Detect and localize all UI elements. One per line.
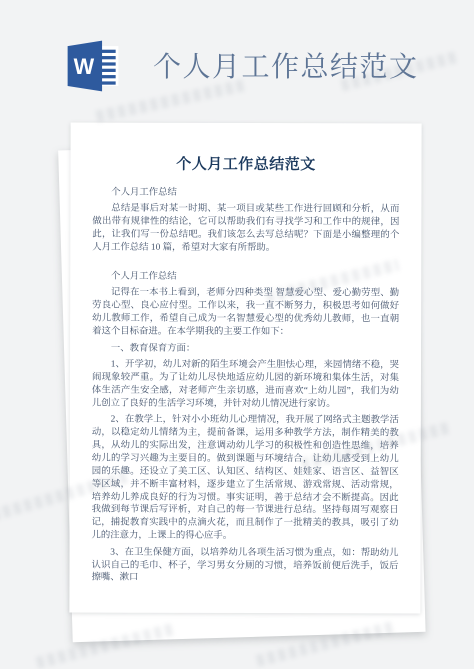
- template-title: 个人月工作总结范文: [153, 50, 419, 84]
- header: W 个人月工作总结范文: [0, 0, 474, 110]
- paragraph: 3、在卫生保健方面，以培养幼儿各项生活习惯为重点，如：帮助幼儿认识自己的毛巾、杯…: [91, 546, 398, 586]
- document-page: 个人月工作总结范文 个人月工作总结 总结是事后对某一时期、某一项目或某些工作进行…: [69, 123, 421, 614]
- paragraph: 总结是事后对某一时期、某一项目或某些工作进行回顾和分析，从而做出带有规律性的结论…: [92, 203, 399, 255]
- document-title: 个人月工作总结范文: [93, 155, 400, 175]
- document-body: 个人月工作总结 总结是事后对某一时期、某一项目或某些工作进行回顾和分析，从而做出…: [91, 187, 399, 586]
- paragraph: 2、在教学上，针对小小班幼儿心理情况，我开展了网络式主题教学活动，以稳定幼儿情绪…: [92, 414, 399, 544]
- word-document-icon: W: [64, 36, 122, 96]
- paragraph: 一、教育保育方面：: [92, 342, 399, 356]
- paragraph: 记得在一本书上看到，老师分四种类型 智慧爱心型、爱心勤劳型、勤劳良心型、良心应付…: [92, 287, 399, 339]
- word-icon-letter: W: [74, 54, 95, 79]
- template-preview-page: { "header": { "title": "个人月工作总结范文", "wor…: [0, 0, 474, 669]
- paragraph: 个人月工作总结: [92, 271, 399, 285]
- paragraph: 个人月工作总结: [92, 187, 399, 201]
- paragraph: 1、开学初，幼儿对新的陌生环境会产生胆怯心理，来园情绪不稳，哭闹现象较严重。为了…: [92, 359, 399, 411]
